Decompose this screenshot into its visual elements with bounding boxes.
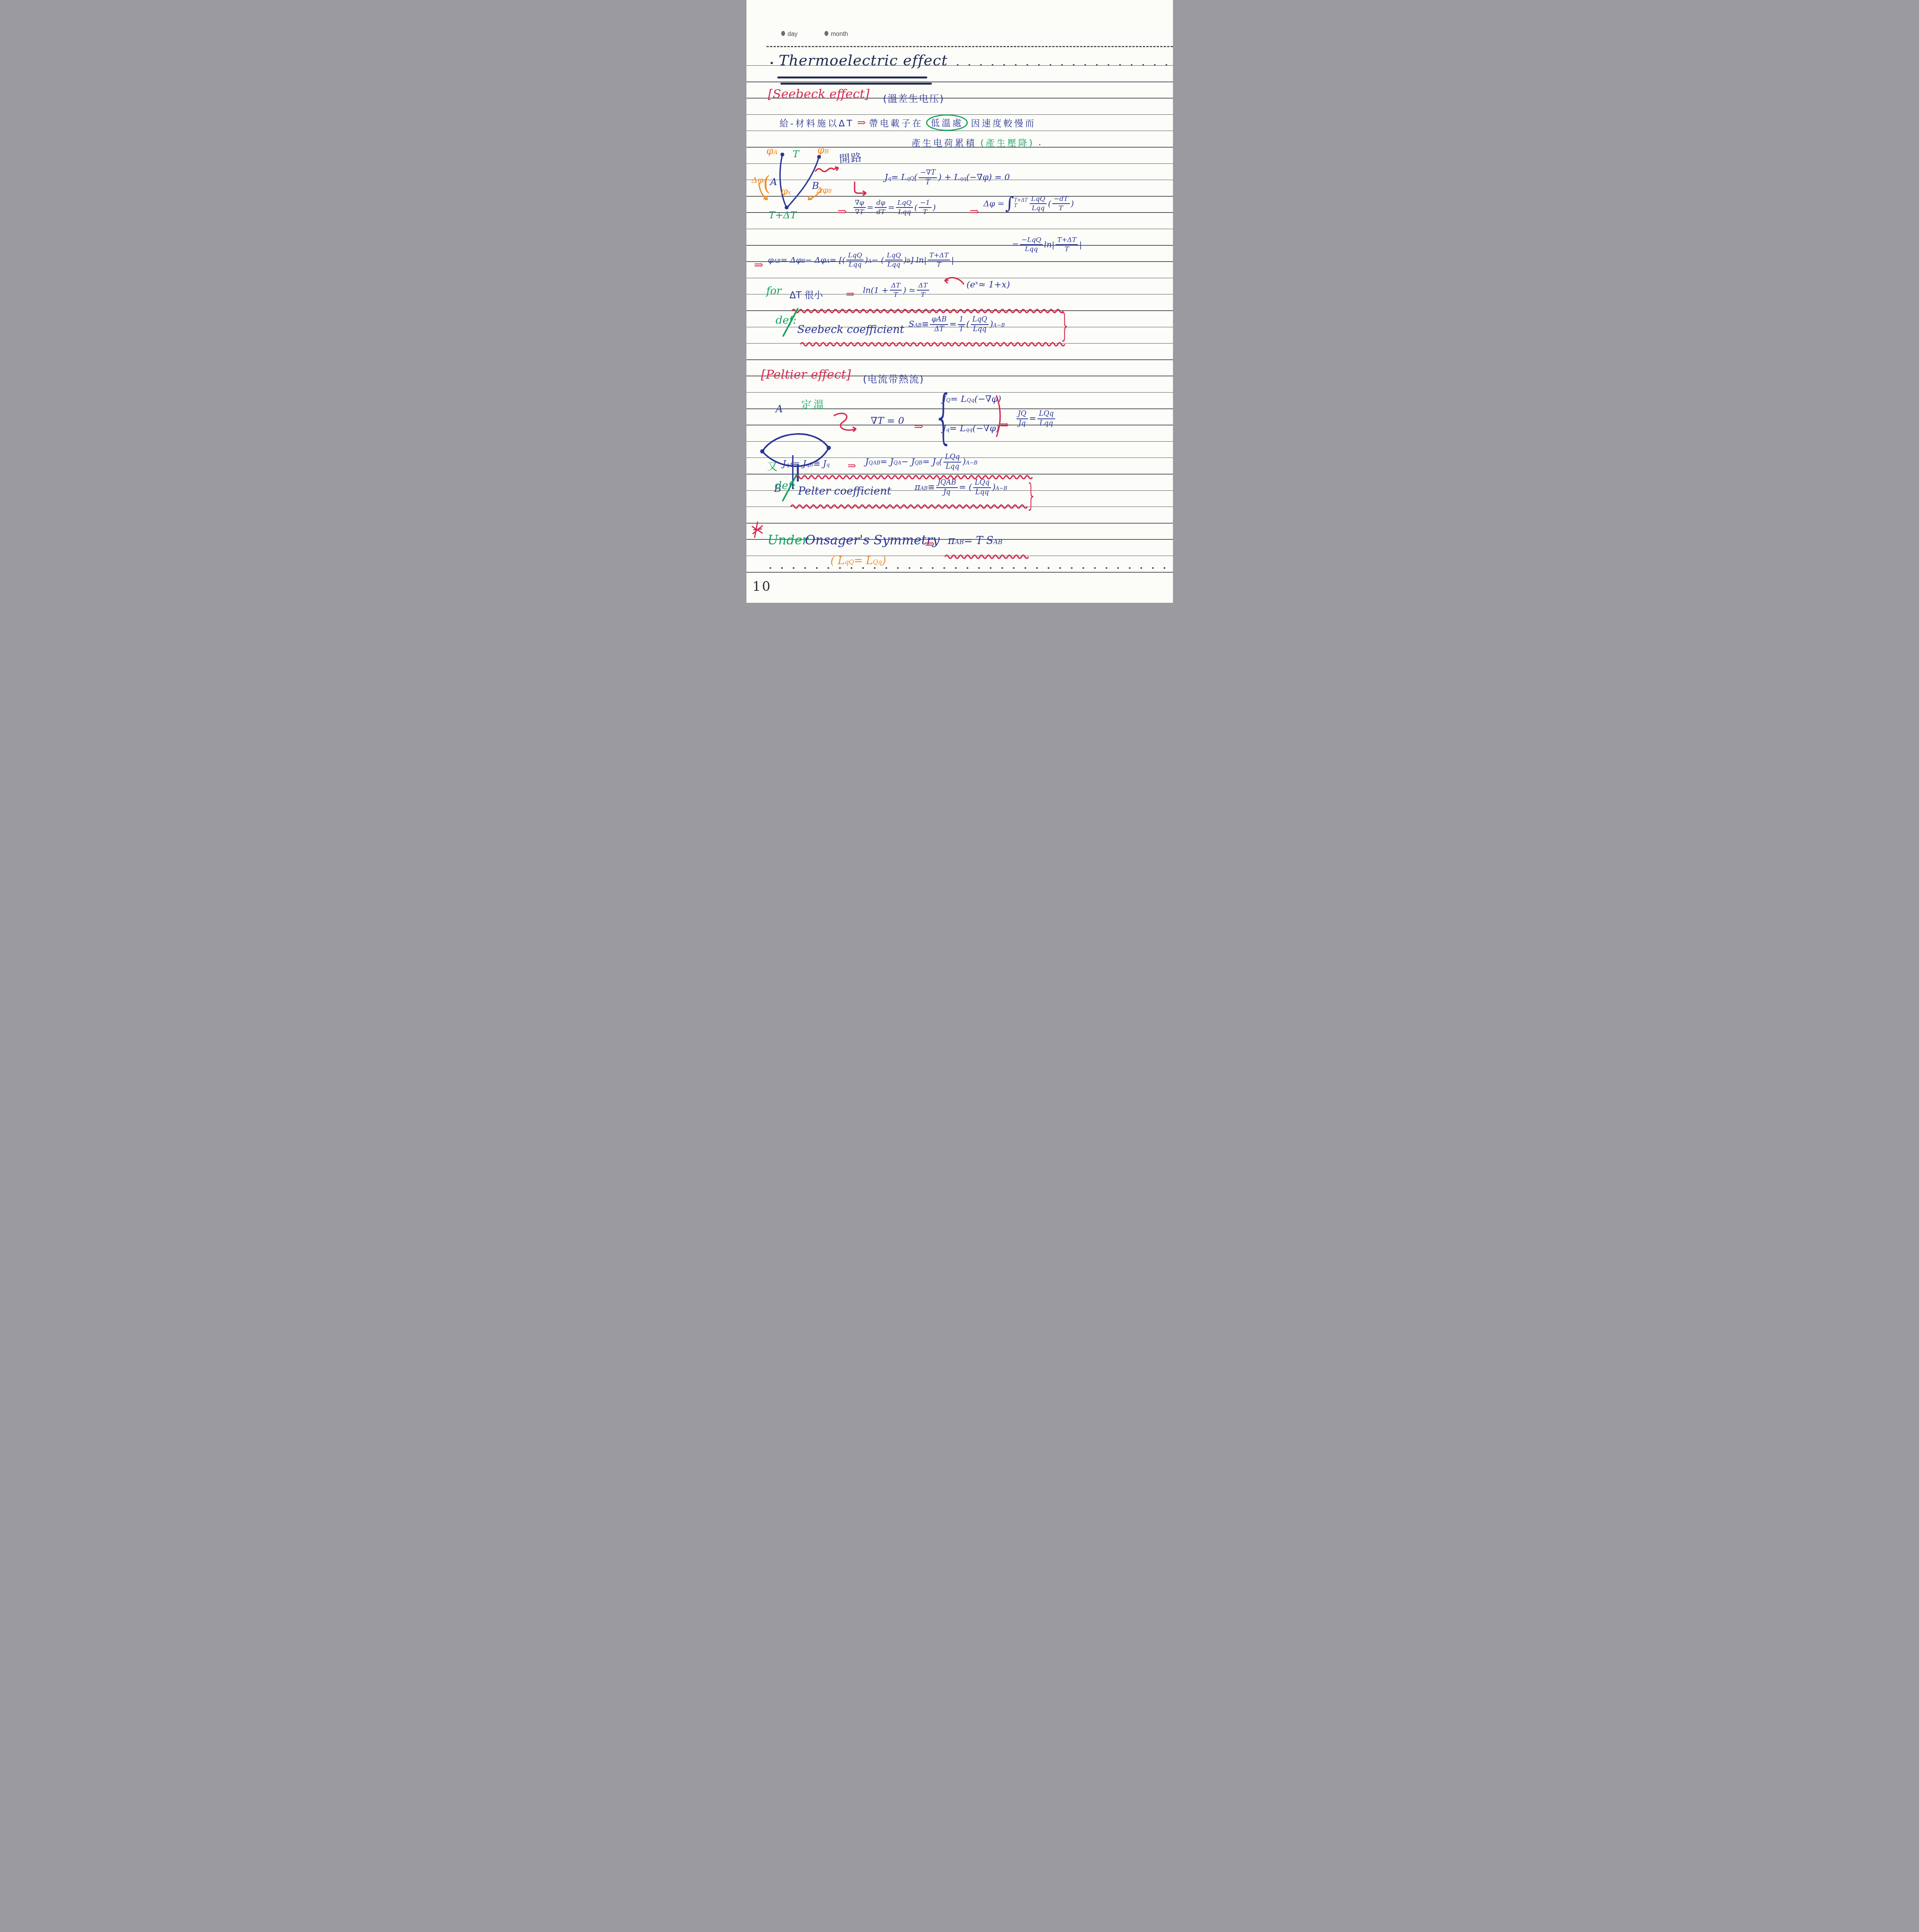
seebeck-line1: 給-材料施以ΔT ⇒ 帶电載子在 低溫處 因速度較慢而 xyxy=(780,114,1036,131)
wavy-underline-bottom xyxy=(791,503,1027,508)
def-brace-right: } xyxy=(1059,309,1071,342)
wavy-underline xyxy=(945,553,1024,558)
wavy-underline-bottom xyxy=(801,341,1059,345)
eq-ln: = −LqQLqq ln |T+ΔTT| xyxy=(1012,236,1082,253)
eq-seebeck-coefficient: SAB ≡ φABΔT = 1T(LqQLqq)A−B xyxy=(909,316,1005,333)
wire-a-label: A xyxy=(776,403,783,415)
eq-peltier-coefficient: πAB ≡ JQABJq = (LQqLqq)A−B xyxy=(915,479,1008,496)
def-brace-right: } xyxy=(1026,480,1037,511)
temp-top-label: T xyxy=(793,148,799,160)
implies-arrow: ⇒ xyxy=(754,258,763,271)
peltier-def-text: Pelter coefficient xyxy=(798,485,892,497)
squiggle-arrow-icon xyxy=(831,410,867,436)
implies-arrow: ⇒ xyxy=(848,460,857,472)
eq-equal-currents: JqA = JqB ≡ Jq xyxy=(783,460,830,468)
notebook-page: day month • Thermoelectric effect [Seebe… xyxy=(746,0,1173,603)
line2-period: . xyxy=(1038,138,1041,148)
eq-jq: Jq = Lqq(−∇φ) xyxy=(943,424,999,433)
header-month: month xyxy=(824,31,848,38)
wavy-underline-top xyxy=(796,474,1026,478)
header-day: day xyxy=(781,31,798,38)
open-circuit-label: 開路 xyxy=(838,149,863,166)
eq-delta-phi: Δφ = ∫T+ΔTTLqQLqq(−dTT) xyxy=(984,196,1074,212)
line1-mid: 帶电載子在 xyxy=(869,116,923,129)
eq-flux: Jq = LqQ(−∇TT) + Lqq(−∇φ) = 0 xyxy=(885,169,1010,186)
eq-ratio: JQJq = LQqLqq xyxy=(1015,410,1057,427)
line1-circled-low-temp: 低溫處 xyxy=(926,114,968,131)
hook-arrow-icon xyxy=(852,181,872,197)
temp-bottom-label: T+ΔT xyxy=(769,209,797,221)
eq-gradient: ∇φ∇T = dφdT = LqQLqq(−1T) xyxy=(852,199,936,216)
dot-row-title-line xyxy=(957,64,1169,66)
page-title: Thermoelectric effect xyxy=(779,52,948,69)
eq-phi-ab: φAB = ΔφB − ΔφA = [(LqQLqq)A − (LqQLqq)B… xyxy=(768,252,954,268)
eq-onsager-result: πAB = T SAB xyxy=(948,536,1003,546)
implies-arrow: ⇒ xyxy=(838,205,847,218)
page-number: 10 xyxy=(753,579,772,594)
eq-onsager-note: ( LqQ = LQq ) xyxy=(831,556,886,566)
peltier-heading-note: (电流带熱流) xyxy=(863,372,925,386)
bullet-icon xyxy=(824,31,828,36)
seebeck-line2: 產生电荷累積 (產生壓降) . xyxy=(912,136,1041,149)
implies-arrow: ⇒ xyxy=(925,537,935,551)
eq-jQAB: JQAB = JQA − JQB = Jq(LQqLqq)A−B xyxy=(865,454,978,471)
implies-arrow: ⇒ xyxy=(914,420,923,433)
phi-a-label: φA xyxy=(767,146,778,156)
phi-b-label: φB xyxy=(818,145,829,155)
eq-ln-approx: ln(1 + ΔTT) ≃ ΔTT xyxy=(863,282,930,298)
line2-note: (產生壓降) xyxy=(981,136,1035,149)
peltier-heading: [Peltier effect] xyxy=(761,367,851,382)
wavy-underline-top xyxy=(792,308,1062,312)
for-condition: ΔT 很小 xyxy=(790,287,823,301)
also-label: 又 xyxy=(767,458,780,473)
wire-a-label: A xyxy=(770,176,777,187)
bullet-icon xyxy=(781,31,785,36)
seebeck-heading-note: (溫差生电压) xyxy=(883,91,945,105)
title-bullet-icon: • xyxy=(770,59,774,68)
implies-arrow: ⇒ xyxy=(857,117,866,129)
line2-main: 產生电荷累積 xyxy=(912,136,977,149)
dot-row-bottom-line xyxy=(770,567,1171,569)
line1-pre: 給-材料施以ΔT xyxy=(780,116,854,129)
phi-x-label: φx xyxy=(781,186,791,196)
header-month-label: month xyxy=(831,31,848,37)
title-underline-2 xyxy=(780,83,932,85)
eq-e-approx: (ex ≈ 1+x) xyxy=(967,281,1010,289)
dashed-top-line xyxy=(767,46,1173,47)
seebeck-def-text: Seebeck coefficient xyxy=(797,323,904,336)
implies-arrow: ⇒ xyxy=(1000,418,1009,431)
eq-grad-T-zero: ∇T = 0 xyxy=(871,416,904,425)
line1-post: 因速度較慢而 xyxy=(971,116,1036,129)
delta-phi-b-label: ΔφB xyxy=(817,186,832,194)
implies-arrow: ⇒ xyxy=(970,205,979,218)
header-day-label: day xyxy=(788,31,798,37)
isothermal-label: 定溫 xyxy=(801,396,826,412)
diagram-paren: ( xyxy=(763,172,770,196)
for-label: for xyxy=(767,285,782,297)
implies-arrow: ⇒ xyxy=(846,288,855,300)
title-underline-1 xyxy=(777,77,927,78)
star-mark-icon xyxy=(751,521,764,539)
under-label: Under xyxy=(768,532,809,548)
squiggle-arrow-icon xyxy=(814,164,841,175)
seebeck-heading: [Seebeck effect] xyxy=(768,87,870,101)
onsager-text: Onsager's Symmetry xyxy=(805,532,940,548)
curve-back-arrow-icon xyxy=(942,275,965,287)
